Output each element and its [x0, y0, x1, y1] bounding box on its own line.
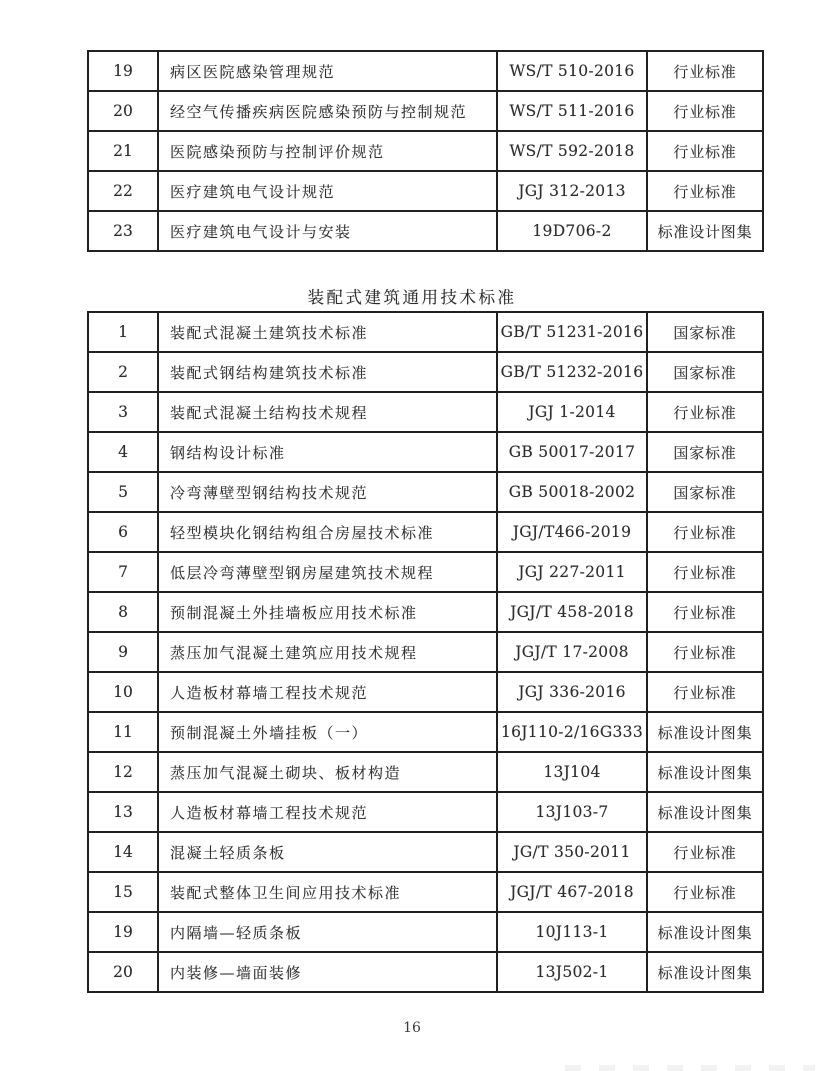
standard-code-cell: GB/T 51232-2016 [497, 352, 647, 392]
table-row: 14 混凝土轻质条板 JG/T 350-2011 行业标准 [88, 832, 763, 872]
category-cell: 行业标准 [647, 672, 763, 712]
standard-code-cell: JGJ 227-2011 [497, 552, 647, 592]
category-cell: 行业标准 [647, 592, 763, 632]
standard-name-cell: 内隔墙—轻质条板 [158, 912, 497, 952]
category-cell: 标准设计图集 [647, 952, 763, 992]
standard-name-cell: 冷弯薄壁型钢结构技术规范 [158, 472, 497, 512]
row-number-cell: 1 [88, 312, 158, 352]
standard-name-cell: 装配式混凝土结构技术规程 [158, 392, 497, 432]
table-row: 20 经空气传播疾病医院感染预防与控制规范 WS/T 511-2016 行业标准 [88, 91, 763, 131]
table-row: 10 人造板材幕墙工程技术规范 JGJ 336-2016 行业标准 [88, 672, 763, 712]
standard-name-cell: 病区医院感染管理规范 [158, 51, 497, 91]
category-cell: 标准设计图集 [647, 912, 763, 952]
table-row: 15 装配式整体卫生间应用技术标准 JGJ/T 467-2018 行业标准 [88, 872, 763, 912]
standard-code-cell: 10J113-1 [497, 912, 647, 952]
standard-code-cell: JG/T 350-2011 [497, 832, 647, 872]
standard-code-cell: WS/T 592-2018 [497, 131, 647, 171]
table-row: 1 装配式混凝土建筑技术标准 GB/T 51231-2016 国家标准 [88, 312, 763, 352]
row-number-cell: 4 [88, 432, 158, 472]
category-cell: 行业标准 [647, 632, 763, 672]
row-number-cell: 20 [88, 952, 158, 992]
row-number-cell: 10 [88, 672, 158, 712]
row-number-cell: 21 [88, 131, 158, 171]
row-number-cell: 22 [88, 171, 158, 211]
standard-code-cell: WS/T 511-2016 [497, 91, 647, 131]
row-number-cell: 7 [88, 552, 158, 592]
standard-name-cell: 装配式整体卫生间应用技术标准 [158, 872, 497, 912]
standard-code-cell: GB/T 51231-2016 [497, 312, 647, 352]
standard-name-cell: 人造板材幕墙工程技术规范 [158, 792, 497, 832]
table-row: 19 病区医院感染管理规范 WS/T 510-2016 行业标准 [88, 51, 763, 91]
table-row: 7 低层冷弯薄壁型钢房屋建筑技术规程 JGJ 227-2011 行业标准 [88, 552, 763, 592]
document-page: 19 病区医院感染管理规范 WS/T 510-2016 行业标准 20 经空气传… [0, 0, 827, 1071]
table-row: 22 医疗建筑电气设计规范 JGJ 312-2013 行业标准 [88, 171, 763, 211]
standard-name-cell: 医院感染预防与控制评价规范 [158, 131, 497, 171]
row-number-cell: 5 [88, 472, 158, 512]
table-row: 13 人造板材幕墙工程技术规范 13J103-7 标准设计图集 [88, 792, 763, 832]
category-cell: 国家标准 [647, 312, 763, 352]
standard-name-cell: 轻型模块化钢结构组合房屋技术标准 [158, 512, 497, 552]
category-cell: 标准设计图集 [647, 211, 763, 251]
standard-code-cell: 19D706-2 [497, 211, 647, 251]
table-row: 21 医院感染预防与控制评价规范 WS/T 592-2018 行业标准 [88, 131, 763, 171]
standard-name-cell: 内装修—墙面装修 [158, 952, 497, 992]
standard-name-cell: 蒸压加气混凝土砌块、板材构造 [158, 752, 497, 792]
table-row: 2 装配式钢结构建筑技术标准 GB/T 51232-2016 国家标准 [88, 352, 763, 392]
table-row: 20 内装修—墙面装修 13J502-1 标准设计图集 [88, 952, 763, 992]
row-number-cell: 11 [88, 712, 158, 752]
standard-name-cell: 混凝土轻质条板 [158, 832, 497, 872]
row-number-cell: 13 [88, 792, 158, 832]
category-cell: 标准设计图集 [647, 752, 763, 792]
standard-name-cell: 装配式钢结构建筑技术标准 [158, 352, 497, 392]
category-cell: 标准设计图集 [647, 712, 763, 752]
row-number-cell: 9 [88, 632, 158, 672]
standard-name-cell: 装配式混凝土建筑技术标准 [158, 312, 497, 352]
category-cell: 标准设计图集 [647, 792, 763, 832]
row-number-cell: 3 [88, 392, 158, 432]
standard-code-cell: WS/T 510-2016 [497, 51, 647, 91]
table-row: 3 装配式混凝土结构技术规程 JGJ 1-2014 行业标准 [88, 392, 763, 432]
row-number-cell: 15 [88, 872, 158, 912]
table-row: 9 蒸压加气混凝土建筑应用技术规程 JGJ/T 17-2008 行业标准 [88, 632, 763, 672]
standard-code-cell: JGJ 312-2013 [497, 171, 647, 211]
category-cell: 行业标准 [647, 392, 763, 432]
row-number-cell: 8 [88, 592, 158, 632]
category-cell: 国家标准 [647, 352, 763, 392]
category-cell: 行业标准 [647, 91, 763, 131]
standard-name-cell: 人造板材幕墙工程技术规范 [158, 672, 497, 712]
standard-name-cell: 医疗建筑电气设计与安装 [158, 211, 497, 251]
standard-code-cell: JGJ/T 458-2018 [497, 592, 647, 632]
standard-name-cell: 预制混凝土外挂墙板应用技术标准 [158, 592, 497, 632]
standard-code-cell: JGJ/T 467-2018 [497, 872, 647, 912]
row-number-cell: 19 [88, 912, 158, 952]
row-number-cell: 20 [88, 91, 158, 131]
category-cell: 行业标准 [647, 552, 763, 592]
standard-code-cell: JGJ 1-2014 [497, 392, 647, 432]
standard-code-cell: JGJ/T466-2019 [497, 512, 647, 552]
category-cell: 行业标准 [647, 872, 763, 912]
row-number-cell: 14 [88, 832, 158, 872]
row-number-cell: 2 [88, 352, 158, 392]
standard-code-cell: GB 50017-2017 [497, 432, 647, 472]
category-cell: 行业标准 [647, 51, 763, 91]
row-number-cell: 12 [88, 752, 158, 792]
table-row: 19 内隔墙—轻质条板 10J113-1 标准设计图集 [88, 912, 763, 952]
standard-code-cell: JGJ 336-2016 [497, 672, 647, 712]
table-row: 4 钢结构设计标准 GB 50017-2017 国家标准 [88, 432, 763, 472]
section-title: 装配式建筑通用技术标准 [87, 284, 737, 308]
standard-name-cell: 低层冷弯薄壁型钢房屋建筑技术规程 [158, 552, 497, 592]
row-number-cell: 23 [88, 211, 158, 251]
category-cell: 行业标准 [647, 171, 763, 211]
medical-standards-table: 19 病区医院感染管理规范 WS/T 510-2016 行业标准 20 经空气传… [87, 50, 764, 252]
table-row: 12 蒸压加气混凝土砌块、板材构造 13J104 标准设计图集 [88, 752, 763, 792]
standard-name-cell: 蒸压加气混凝土建筑应用技术规程 [158, 632, 497, 672]
standard-code-cell: 13J103-7 [497, 792, 647, 832]
category-cell: 行业标准 [647, 512, 763, 552]
page-number: 16 [87, 1020, 737, 1036]
standard-code-cell: GB 50018-2002 [497, 472, 647, 512]
row-number-cell: 19 [88, 51, 158, 91]
table-row: 11 预制混凝土外墙挂板（一） 16J110-2/16G333 标准设计图集 [88, 712, 763, 752]
standard-code-cell: 13J104 [497, 752, 647, 792]
table-row: 6 轻型模块化钢结构组合房屋技术标准 JGJ/T466-2019 行业标准 [88, 512, 763, 552]
category-cell: 行业标准 [647, 832, 763, 872]
row-number-cell: 6 [88, 512, 158, 552]
standard-name-cell: 预制混凝土外墙挂板（一） [158, 712, 497, 752]
category-cell: 国家标准 [647, 472, 763, 512]
category-cell: 行业标准 [647, 131, 763, 171]
faint-watermark-strip [565, 1065, 815, 1071]
standard-name-cell: 医疗建筑电气设计规范 [158, 171, 497, 211]
category-cell: 国家标准 [647, 432, 763, 472]
table-row: 23 医疗建筑电气设计与安装 19D706-2 标准设计图集 [88, 211, 763, 251]
standard-name-cell: 钢结构设计标准 [158, 432, 497, 472]
standard-code-cell: 16J110-2/16G333 [497, 712, 647, 752]
prefab-standards-table: 1 装配式混凝土建筑技术标准 GB/T 51231-2016 国家标准 2 装配… [87, 311, 764, 993]
table-row: 8 预制混凝土外挂墙板应用技术标准 JGJ/T 458-2018 行业标准 [88, 592, 763, 632]
standard-name-cell: 经空气传播疾病医院感染预防与控制规范 [158, 91, 497, 131]
standard-code-cell: 13J502-1 [497, 952, 647, 992]
standard-code-cell: JGJ/T 17-2008 [497, 632, 647, 672]
table-row: 5 冷弯薄壁型钢结构技术规范 GB 50018-2002 国家标准 [88, 472, 763, 512]
